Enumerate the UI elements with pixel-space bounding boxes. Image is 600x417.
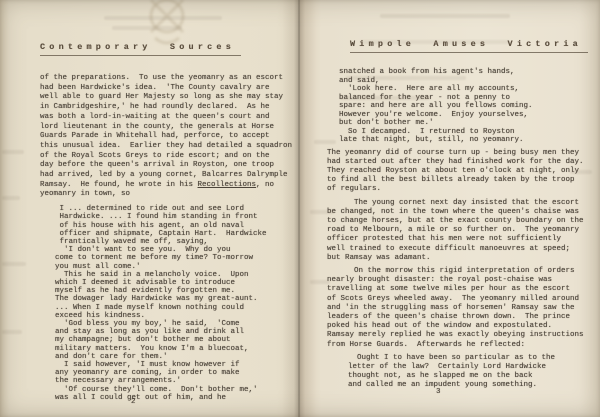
underlined-term: Recollections: [198, 181, 257, 189]
text-line: of regulars.: [327, 185, 600, 194]
text-line: exceed his kindness.: [55, 312, 300, 320]
text-line: and 'in the struggling mass of horsemen'…: [327, 304, 600, 313]
text-line: travelling at some twelve miles per hour…: [327, 285, 600, 294]
text-line: balanced for the year - not a penny to: [339, 94, 600, 103]
text-line: this unusual idea. Earlier they had deta…: [40, 142, 300, 152]
left-page: Contemporary Sources of the preparations…: [0, 0, 300, 417]
text-line: yeomanry in town, so: [40, 190, 300, 200]
text-line: leaders of the queen's chaise thrown dow…: [327, 313, 600, 322]
text-line: of Scots Greys wheeled away. The yeomanr…: [327, 295, 600, 304]
text-line: was both a lord-in-waiting at the queen'…: [40, 113, 300, 123]
text-line: well able to guard Her Majesty so long a…: [40, 93, 300, 103]
paragraph: of the preparations. To use the yeomanry…: [40, 74, 300, 200]
text-line: spare: and here are all you fellows comi…: [339, 102, 600, 111]
text-line: day before the queen's arrival in Roysto…: [40, 161, 300, 171]
text-line: had arrived, led by a young cornet, Balc…: [40, 171, 300, 181]
text-line: be changed, not in the town where the qu…: [327, 208, 600, 217]
text-line: 'Look here. Here are all my accounts,: [339, 85, 600, 94]
text-line: frantically waved me off, saying,: [55, 238, 300, 246]
text-line: 'Of course they'll come. Don't bother me…: [55, 386, 300, 394]
text-line: They reached Royston at about ten o'cloc…: [327, 167, 600, 176]
bleedthrough-smudge: [2, 262, 26, 266]
text-line: Ramsay merely replied he was exactly obe…: [327, 331, 600, 340]
text-line: from Horse Guards. Afterwards he reflect…: [327, 341, 600, 350]
bleedthrough-smudge: [2, 196, 20, 200]
bleedthrough-smudge: [112, 26, 182, 30]
text-line: my champagne; but don't bother me about: [55, 336, 300, 344]
text-line: The dowager lady Hardwicke was my great-…: [55, 295, 300, 303]
text-line: lord lieutenant in the county, the gener…: [40, 123, 300, 133]
text-line: in Cambridgeshire,' he had roundly decla…: [40, 103, 300, 113]
paragraph: Ought I to have been so particular as to…: [348, 354, 600, 390]
text-line: military matters. You know I'm a bluecoa…: [55, 345, 300, 353]
text-line: officer protested that his men were not …: [327, 235, 600, 244]
text-line: poked his head out of the window and exp…: [327, 322, 600, 331]
text-line: Ramsay. He found, he wrote in his Recoll…: [40, 181, 300, 191]
text-line: This he said in a melancholy voice. Upon: [55, 271, 300, 279]
text-line: I said however, 'I must know however if: [55, 361, 300, 369]
text-line: So I decamped. I returned to Royston: [339, 128, 600, 137]
text-line: to change horses, but at the exact count…: [327, 217, 600, 226]
paragraph: The young cornet next day insisted that …: [327, 199, 600, 263]
paragraph: On the morrow this rigid interpretation …: [327, 267, 600, 350]
text-line: which I deemed it advisable to introduce: [55, 279, 300, 287]
text-line: thought not, as he slapped me on the bac…: [348, 372, 600, 381]
text-line: had been Hardwicke's idea. 'The County c…: [40, 84, 300, 94]
page-number-left: 2: [131, 398, 136, 406]
text-line: but don't bother me.': [339, 119, 600, 128]
text-line: well trained to execute difficult manoeu…: [327, 245, 600, 254]
text-line: officer and shipmate, Captain Hart. Hard…: [55, 230, 300, 238]
text-line: come to torment me before my time? To-mo…: [55, 254, 300, 262]
right-page: Wimpole Amuses Victoria snatched a book …: [300, 0, 600, 417]
text-line: The young cornet next day insisted that …: [327, 199, 600, 208]
running-head-right: Wimpole Amuses Victoria: [350, 39, 588, 53]
text-line: had started out after they had finished …: [327, 158, 600, 167]
paragraph: snatched a book from his agent's hands,a…: [339, 68, 600, 145]
text-line: nearly brought disaster: the royal post-…: [327, 276, 600, 285]
text-line: ... When I made myself known nothing cou…: [55, 304, 300, 312]
text-line: of the preparations. To use the yeomanry…: [40, 74, 300, 84]
text-line: late that night, but, still, no yeomanry…: [339, 136, 600, 145]
bleedthrough-smudge: [2, 330, 22, 334]
text-line: the necessary arrangements.': [55, 377, 300, 385]
page-number-right: 3: [436, 388, 441, 396]
text-line: However you're welcome. Enjoy yourselves…: [339, 111, 600, 120]
text-line: Guards Parade in Whitehall had, perforce…: [40, 132, 300, 142]
text-line: The yeomanry did of course turn up - bei…: [327, 149, 600, 158]
page-text: of the preparations. To use the yeomanry…: [40, 74, 300, 402]
text-line: you must all come.': [55, 263, 300, 271]
text-line: was all I could get out of him, and he: [55, 394, 300, 402]
page-text: snatched a book from his agent's hands,a…: [327, 68, 600, 390]
text-line: of his house with his agent, an old nava…: [55, 222, 300, 230]
text-line: and don't care for them.': [55, 353, 300, 361]
text-line: and called me an impudent young somethin…: [348, 381, 600, 390]
text-line: Hardwicke. ... I found him standing in f…: [55, 213, 300, 221]
text-line: Ought I to have been so particular as to…: [348, 354, 600, 363]
bleedthrough-smudge: [380, 14, 510, 18]
text-line: letter of the law? Certainly Lord Hardwi…: [348, 363, 600, 372]
paragraph: The yeomanry did of course turn up - bei…: [327, 149, 600, 195]
text-line: 'God bless you my boy,' he said, 'Come: [55, 320, 300, 328]
text-line: road to Melbourn, a mile or so further o…: [327, 226, 600, 235]
bleedthrough-smudge: [2, 150, 24, 154]
text-line: of the Royal Scots Greys to ride escort;…: [40, 152, 300, 162]
paragraph: I ... determined to ride out and see Lor…: [55, 205, 300, 402]
text-line: to find all the best billets already tak…: [327, 176, 600, 185]
text-line: On the morrow this rigid interpretation …: [327, 267, 600, 276]
book-scan: Contemporary Sources of the preparations…: [0, 0, 600, 417]
text-line: but Ramsay was adamant.: [327, 254, 600, 263]
text-line: snatched a book from his agent's hands,: [339, 68, 600, 77]
text-line: and said,: [339, 77, 600, 86]
bleedthrough-smudge: [104, 16, 222, 20]
running-head-left: Contemporary Sources: [40, 42, 241, 56]
